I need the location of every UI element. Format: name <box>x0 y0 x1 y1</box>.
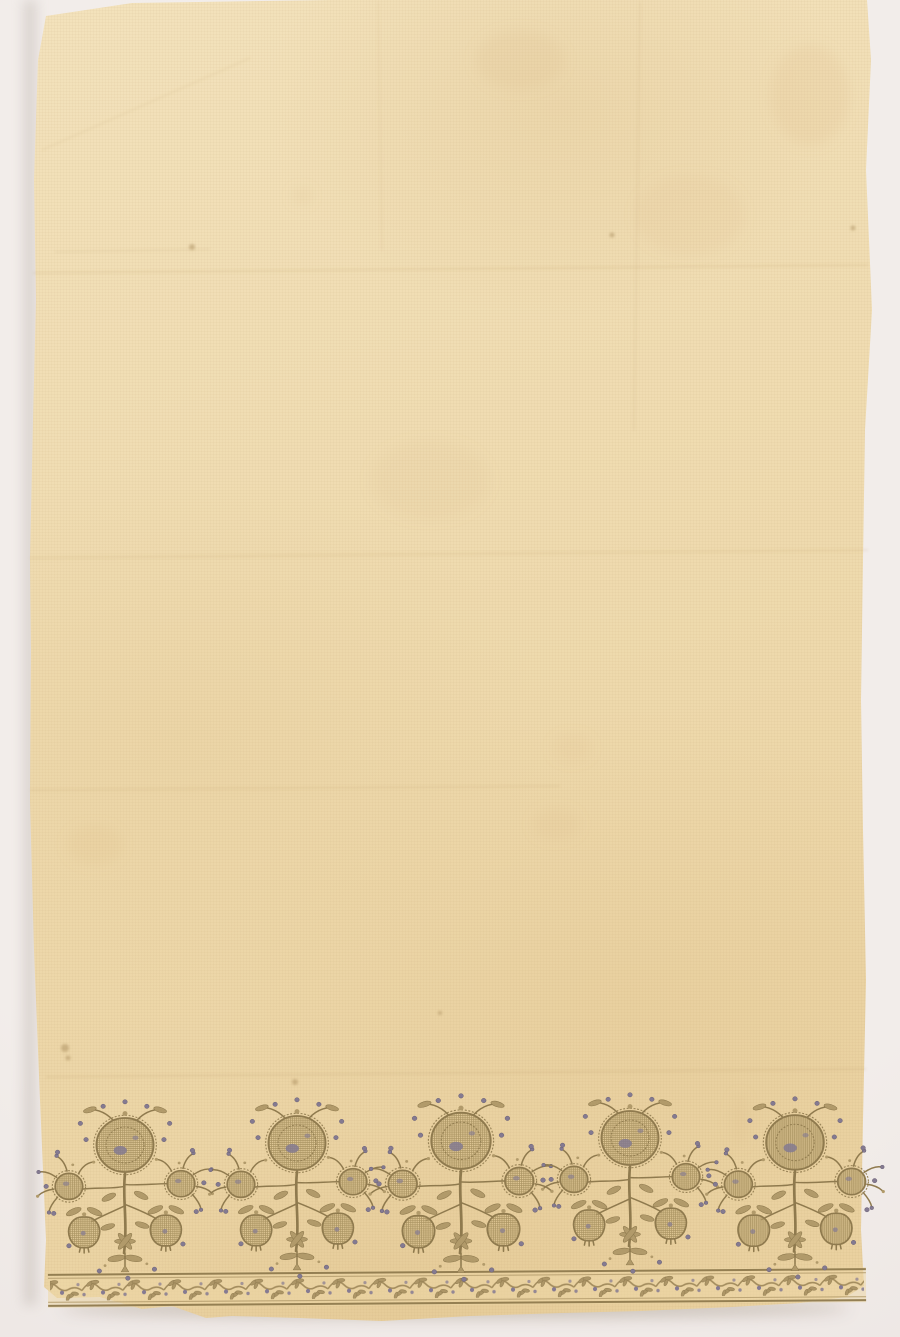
photo-canvas <box>0 0 900 1337</box>
textile-fabric <box>0 0 900 1337</box>
